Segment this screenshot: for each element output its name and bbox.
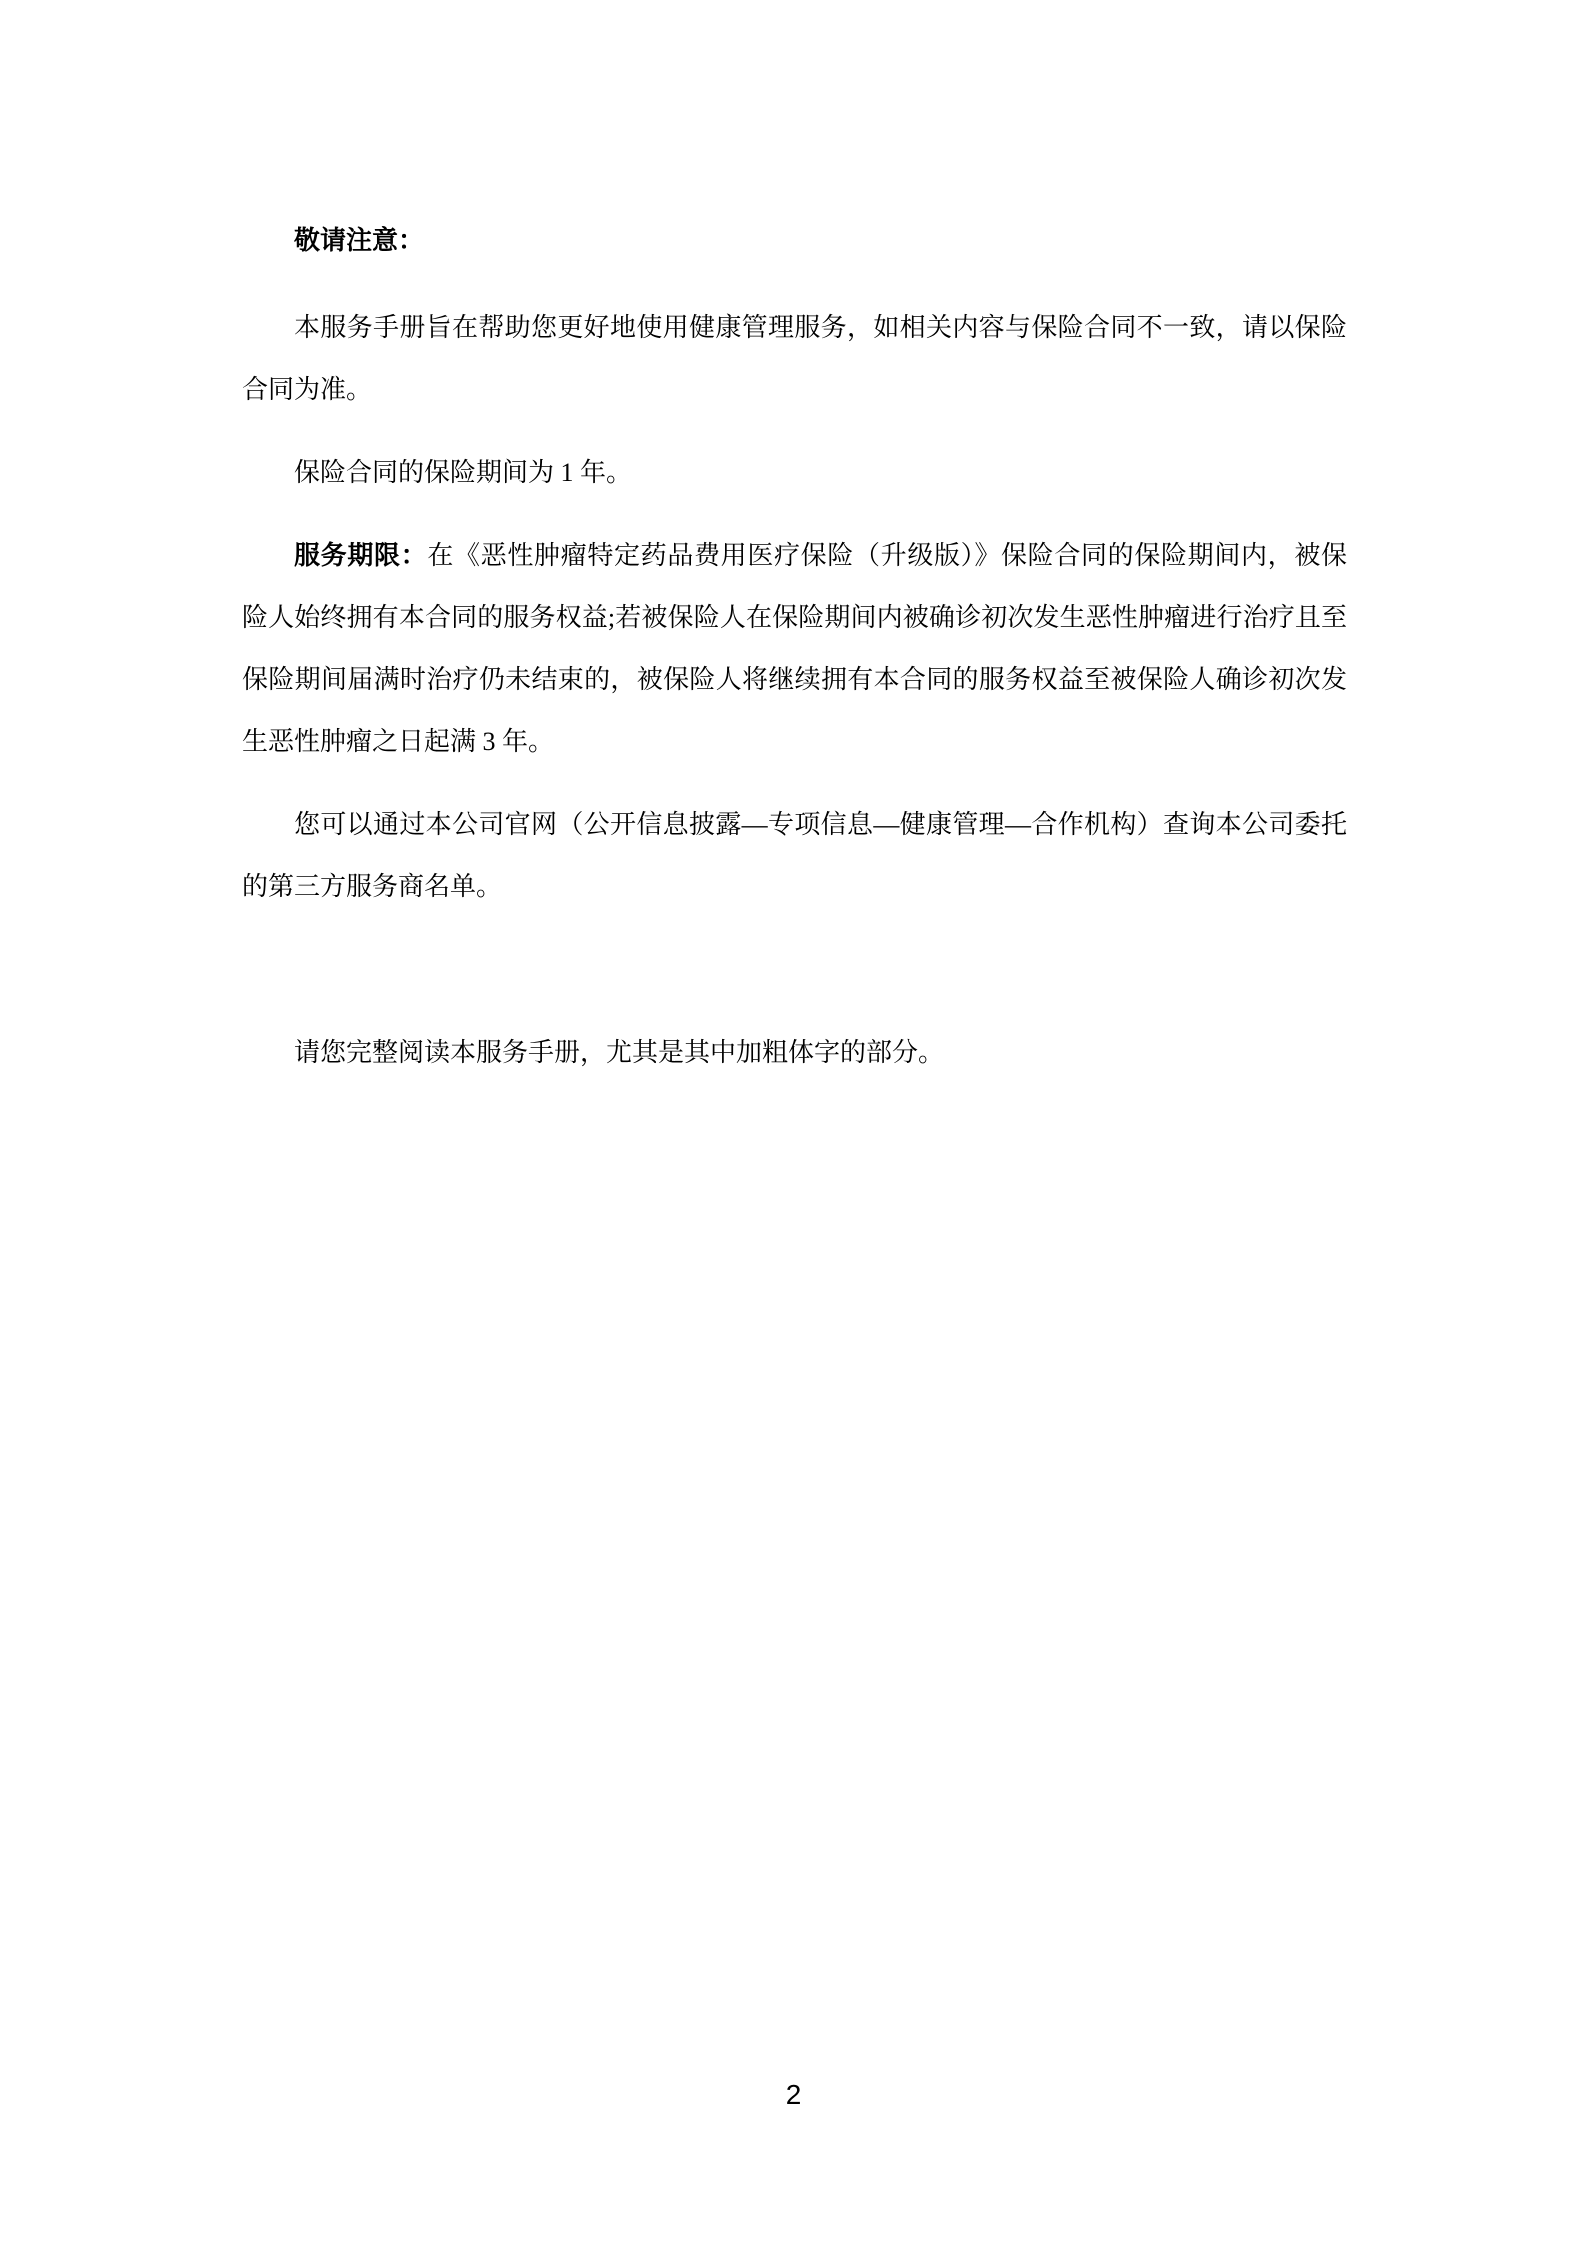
notice-heading: 敬请注意： — [242, 210, 1347, 272]
paragraph-read-reminder: 请您完整阅读本服务手册，尤其是其中加粗体字的部分。 — [242, 1022, 1347, 1084]
blank-line-spacer — [242, 939, 1347, 1001]
page-number: 2 — [0, 2078, 1587, 2112]
paragraph-insurance-period: 保险合同的保险期间为 1 年。 — [242, 442, 1347, 504]
notice-section: 敬请注意： 本服务手册旨在帮助您更好地使用健康管理服务，如相关内容与保险合同不一… — [242, 210, 1347, 1105]
paragraph-manual-purpose: 本服务手册旨在帮助您更好地使用健康管理服务，如相关内容与保险合同不一致，请以保险… — [242, 297, 1347, 421]
paragraph-official-website: 您可以通过本公司官网（公开信息披露—专项信息—健康管理—合作机构）查询本公司委托… — [242, 794, 1347, 918]
service-term-text: 在《恶性肿瘤特定药品费用医疗保险（升级版）》保险合同的保险期间内，被保险人始终拥… — [242, 541, 1347, 756]
service-term-label: 服务期限： — [294, 541, 427, 570]
document-page: 敬请注意： 本服务手册旨在帮助您更好地使用健康管理服务，如相关内容与保险合同不一… — [0, 0, 1587, 2245]
paragraph-service-term: 服务期限：在《恶性肿瘤特定药品费用医疗保险（升级版）》保险合同的保险期间内，被保… — [242, 525, 1347, 773]
